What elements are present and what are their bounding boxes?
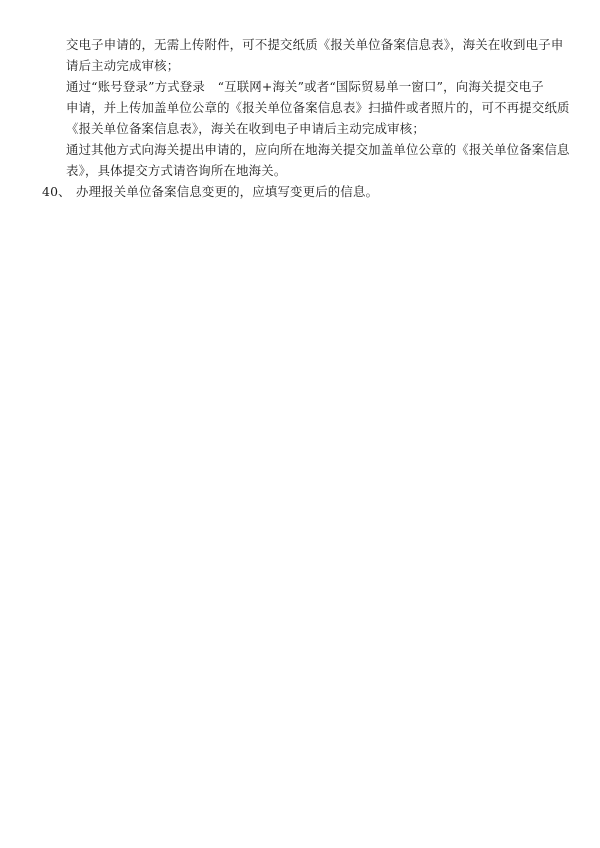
paragraph-line: 表》，具体提交方式请咨询所在地海关。 (66, 163, 286, 179)
document-page: 交电子申请的，无需上传附件，可不提交纸质《报关单位备案信息表》，海关在收到电子申… (0, 0, 600, 848)
paragraph-line: 交电子申请的，无需上传附件，可不提交纸质《报关单位备案信息表》，海关在收到电子申 (66, 37, 563, 53)
paragraph-line: 通过其他方式向海关提出申请的，应向所在地海关提交加盖单位公章的《报关单位备案信息 (66, 142, 570, 158)
list-item-number: 40、 (42, 184, 71, 200)
paragraph-line: 申请，并上传加盖单位公章的《报关单位备案信息表》扫描件或者照片的，可不再提交纸质 (66, 100, 570, 116)
list-item-text: 办理报关单位备案信息变更的，应填写变更后的信息。 (76, 184, 378, 200)
paragraph-line: 《报关单位备案信息表》，海关在收到电子申请后主动完成审核； (66, 121, 425, 137)
paragraph-line: 请后主动完成审核； (66, 58, 179, 74)
paragraph-line: 通过“账号登录”方式登录 “互联网+海关”或者“国际贸易单一窗口”，向海关提交电… (66, 79, 544, 95)
